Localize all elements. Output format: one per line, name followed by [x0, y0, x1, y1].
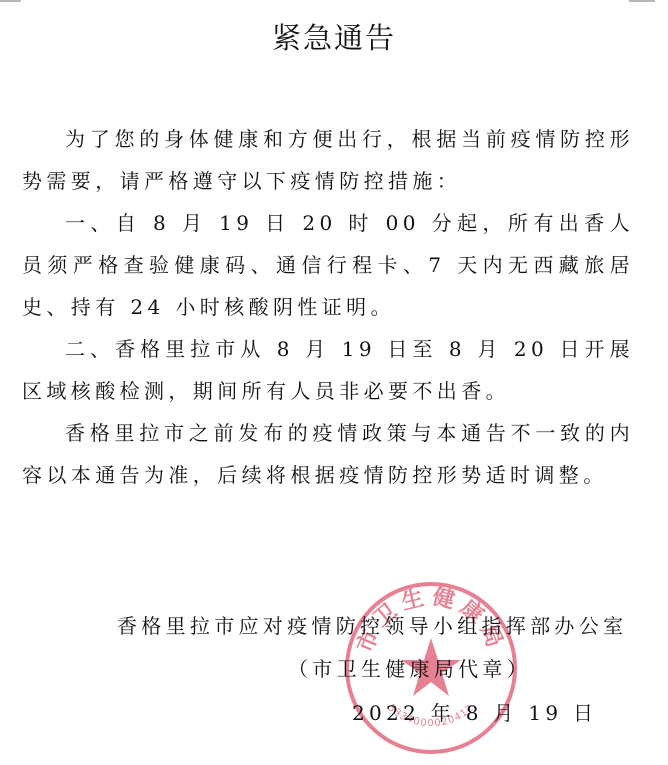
top-right-edge-bar — [629, 0, 655, 2]
intro-paragraph: 为了您的身体健康和方便出行，根据当前疫情防控形势需要，请严格遵守以下疫情防控措施… — [22, 118, 634, 202]
issue-date: 2022 年 8 月 19 日 — [352, 697, 597, 726]
measure-two-paragraph: 二、香格里拉市从 8 月 19 日至 8 月 20 日开展区域核酸检测，期间所有… — [22, 328, 634, 412]
notice-body: 为了您的身体健康和方便出行，根据当前疫情防控形势需要，请严格遵守以下疫情防控措施… — [22, 118, 634, 496]
notice-title: 紧急通告 — [0, 16, 668, 57]
closing-paragraph: 香格里拉市之前发布的疫情政策与本通告不一致的内容以本通告为准，后续将根据疫情防控… — [22, 412, 634, 496]
issuing-organization: 香格里拉市应对疫情防控领导小组指挥部办公室 — [117, 610, 627, 639]
top-left-edge-bar — [0, 0, 21, 2]
proxy-seal-note: （市卫生健康局代章） — [288, 653, 531, 682]
measure-one-paragraph: 一、自 8 月 19 日 20 时 00 分起，所有出香人员须严格查验健康码、通… — [22, 202, 634, 328]
